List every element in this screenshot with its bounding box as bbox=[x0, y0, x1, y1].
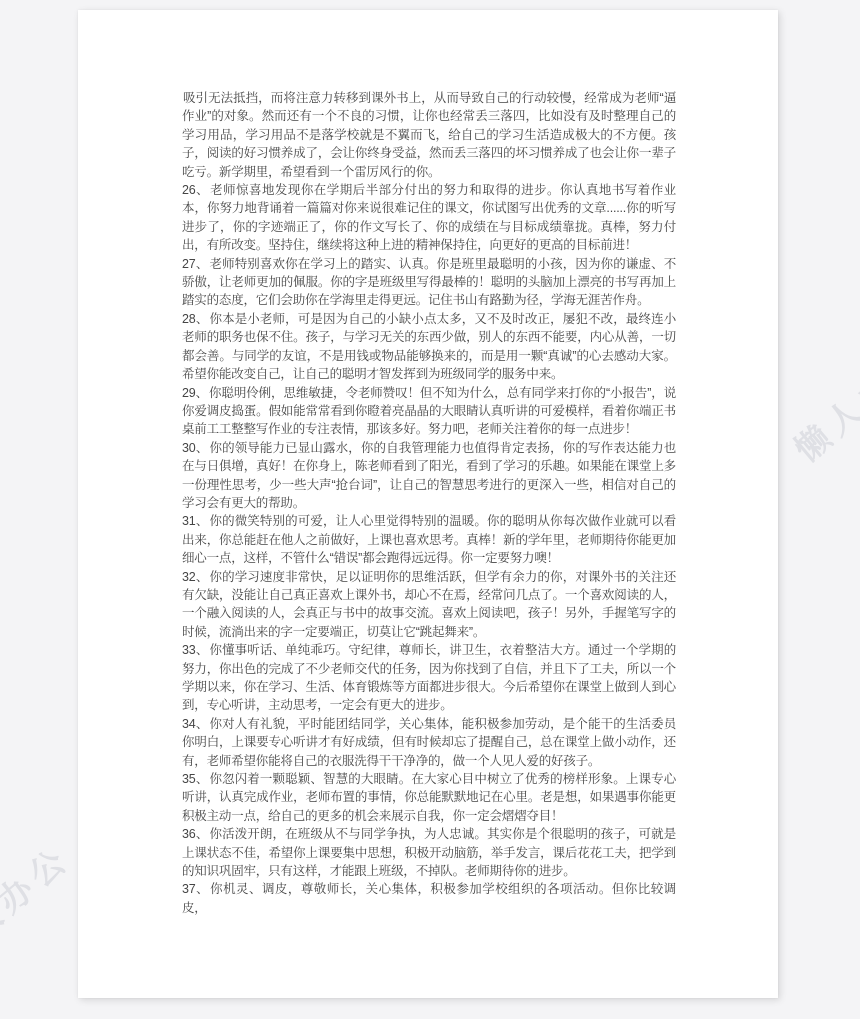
paragraph-text: 老师惊喜地发现你在学期后半部分付出的努力和取得的进步。你认真地书写着作业本，你努… bbox=[182, 183, 676, 252]
comment-paragraph-27: 27、老师特别喜欢你在学习上的踏实、认真。你是班里最聪明的小孩，因为你的谦虚、不… bbox=[182, 255, 676, 310]
comment-paragraph-37: 37、你机灵、调皮，尊敬师长，关心集体，积极参加学校组织的各项活动。但你比较调皮… bbox=[182, 880, 676, 917]
comment-paragraph-26: 26、老师惊喜地发现你在学期后半部分付出的努力和取得的进步。你认真地书写着作业本… bbox=[182, 181, 676, 255]
comment-paragraph-35: 35、你忽闪着一颗聪颖、智慧的大眼睛。在大家心目中树立了优秀的榜样形象。上课专心… bbox=[182, 770, 676, 825]
paragraph-text: 你的学习速度非常快，足以证明你的思维活跃，但学有余力的你，对课外书的关注还有欠缺… bbox=[182, 570, 676, 639]
paragraph-text: 你聪明伶俐，思维敏捷，令老师赞叹！但不知为什么，总有同学来打你的“小报告”，说你… bbox=[182, 386, 676, 437]
comment-paragraph-29: 29、你聪明伶俐，思维敏捷，令老师赞叹！但不知为什么，总有同学来打你的“小报告”… bbox=[182, 384, 676, 439]
paragraph-text: 你忽闪着一颗聪颖、智慧的大眼睛。在大家心目中树立了优秀的榜样形象。上课专心听讲，… bbox=[182, 772, 676, 823]
paragraph-text: 你本是小老师，可是因为自己的小缺小点太多，又不及时改正，屡犯不改，最终连小老师的… bbox=[182, 312, 676, 381]
paragraph-number: 34、 bbox=[182, 717, 208, 731]
paragraph-number: 31、 bbox=[182, 514, 208, 528]
paragraph-text: 你的微笑特别的可爱，让人心里觉得特别的温暖。你的聪明从你每次做作业就可以看出来，… bbox=[182, 514, 676, 565]
paragraph-number: 27、 bbox=[182, 257, 208, 271]
paragraph-number: 33、 bbox=[182, 643, 208, 657]
paragraph-text: 老师特别喜欢你在学习上的踏实、认真。你是班里最聪明的小孩，因为你的谦虚、不骄傲，… bbox=[182, 257, 676, 308]
comment-paragraph-32: 32、你的学习速度非常快，足以证明你的思维活跃，但学有余力的你，对课外书的关注还… bbox=[182, 568, 676, 642]
comment-paragraph-34: 34、你对人有礼貌，平时能团结同学，关心集体，能积极参加劳动，是个能干的生活委员… bbox=[182, 715, 676, 770]
paragraph-number: 26、 bbox=[182, 183, 209, 197]
paragraph-text: 你对人有礼貌，平时能团结同学，关心集体，能积极参加劳动，是个能干的生活委员你明白… bbox=[182, 717, 676, 768]
watermark-text: 懒人办公 bbox=[782, 328, 860, 471]
paragraph-number: 28、 bbox=[182, 312, 208, 326]
paragraph-number: 37、 bbox=[182, 882, 209, 896]
watermark: 懒人办公 bbox=[782, 328, 860, 471]
comment-paragraph-30: 30、你的领导能力已显山露水，你的自我管理能力也值得肯定表扬，你的写作表达能力也… bbox=[182, 439, 676, 513]
comment-paragraph-31: 31、你的微笑特别的可爱，让人心里觉得特别的温暖。你的聪明从你每次做作业就可以看… bbox=[182, 512, 676, 567]
paragraph-number: 32、 bbox=[182, 570, 208, 584]
document-page: 吸引无法抵挡，而将注意力转移到课外书上，从而导致自己的行动较慢，经常成为老师“逼… bbox=[78, 10, 778, 998]
paragraph-text: 你的领导能力已显山露水，你的自我管理能力也值得肯定表扬，你的写作表达能力也在与日… bbox=[182, 441, 676, 510]
document-body: 吸引无法抵挡，而将注意力转移到课外书上，从而导致自己的行动较慢，经常成为老师“逼… bbox=[182, 89, 676, 917]
comment-paragraph-continuation: 吸引无法抵挡，而将注意力转移到课外书上，从而导致自己的行动较慢，经常成为老师“逼… bbox=[182, 89, 676, 181]
paragraph-text: 你懂事听话、单纯乖巧。守纪律，尊师长，讲卫生，衣着整洁大方。通过一个学期的努力，… bbox=[182, 643, 676, 712]
paragraph-text: 吸引无法抵挡，而将注意力转移到课外书上，从而导致自己的行动较慢，经常成为老师“逼… bbox=[182, 91, 676, 179]
comment-paragraph-28: 28、你本是小老师，可是因为自己的小缺小点太多，又不及时改正，屡犯不改，最终连小… bbox=[182, 310, 676, 384]
paragraph-text: 你机灵、调皮，尊敬师长，关心集体，积极参加学校组织的各项活动。但你比较调皮， bbox=[182, 882, 676, 914]
comment-paragraph-33: 33、你懂事听话、单纯乖巧。守纪律，尊师长，讲卫生，衣着整洁大方。通过一个学期的… bbox=[182, 641, 676, 715]
paragraph-number: 35、 bbox=[182, 772, 208, 786]
paragraph-number: 36、 bbox=[182, 827, 208, 841]
paragraph-number: 30、 bbox=[182, 441, 208, 455]
watermark-text: 懒人办公 bbox=[0, 832, 79, 975]
comment-paragraph-36: 36、你活泼开朗，在班级从不与同学争执，为人忠诚。其实你是个很聪明的孩子，可就是… bbox=[182, 825, 676, 880]
paragraph-number: 29、 bbox=[182, 386, 208, 400]
app-background: 懒人办公 懒人办公 懒人办公 懒人办公 吸引无法抵挡，而将注意力转移到课外书上，… bbox=[0, 0, 860, 1019]
watermark: 懒人办公 bbox=[0, 832, 79, 975]
paragraph-text: 你活泼开朗，在班级从不与同学争执，为人忠诚。其实你是个很聪明的孩子，可就是上课状… bbox=[182, 827, 676, 878]
